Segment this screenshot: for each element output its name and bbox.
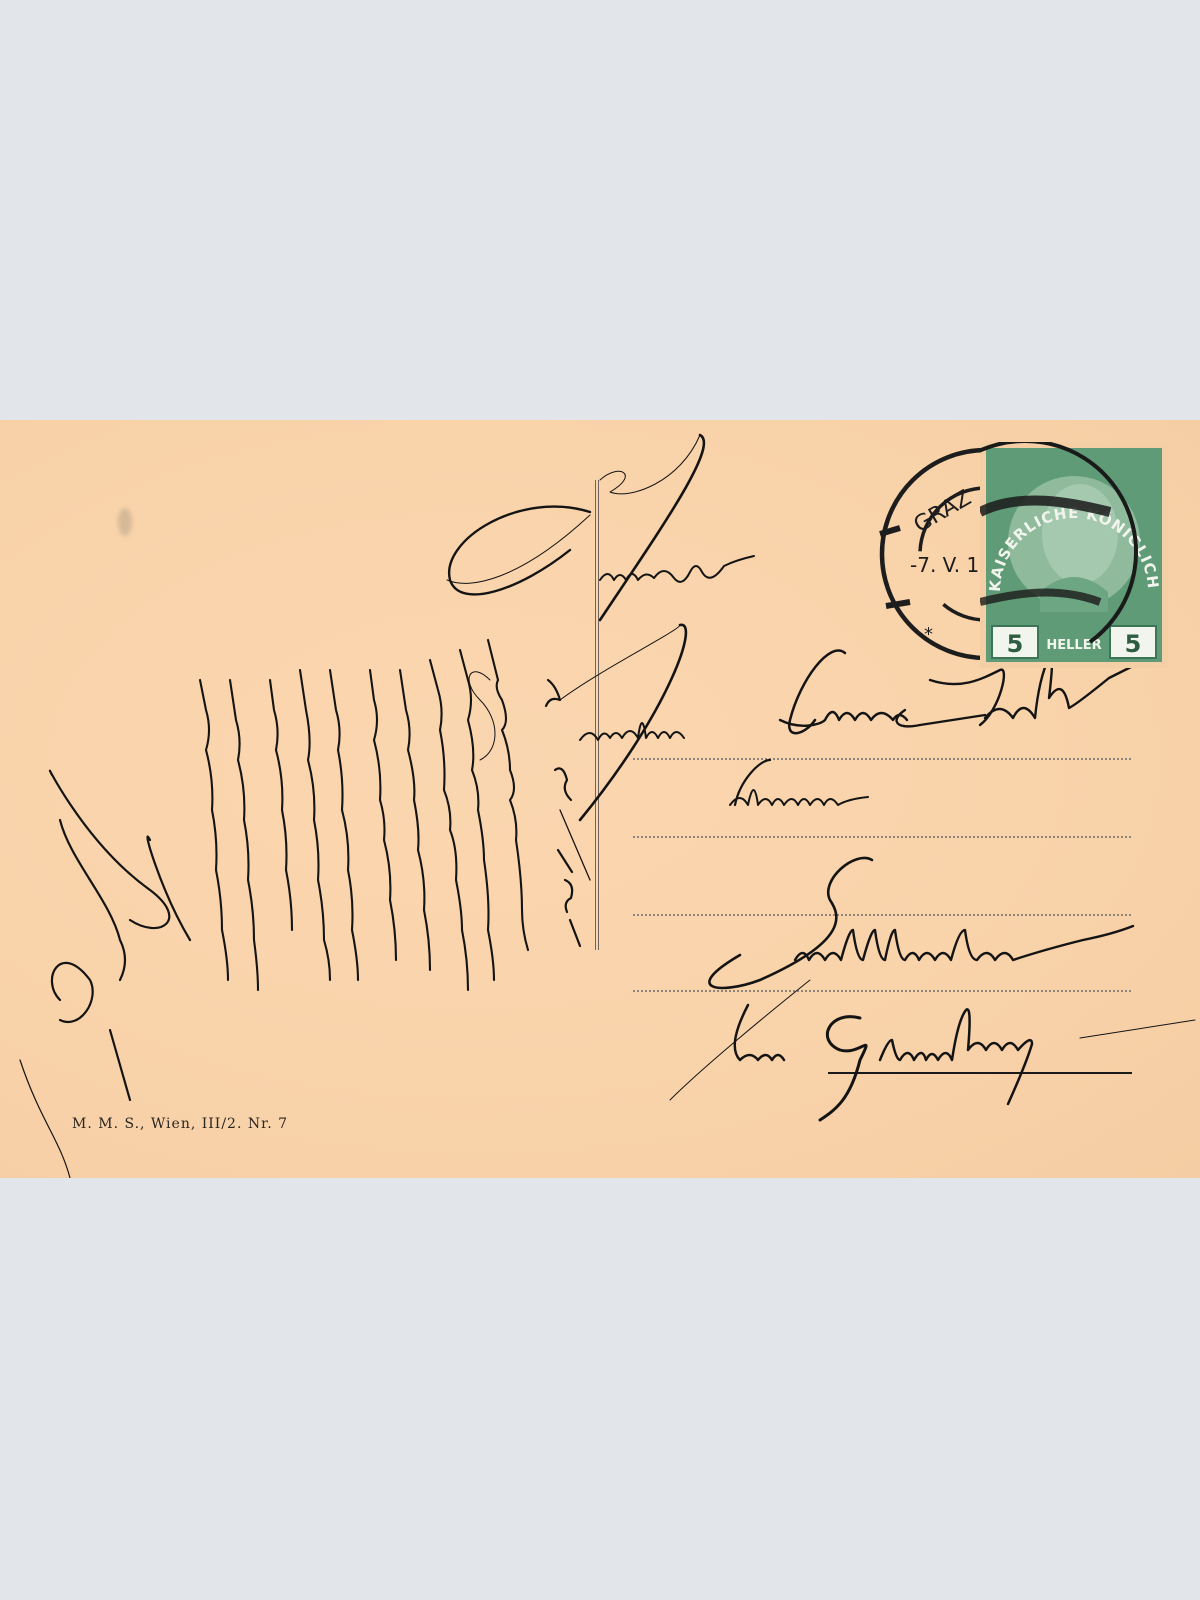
fraulein-ink — [560, 625, 686, 820]
postmark-town: GRAZ — [910, 486, 976, 538]
postage-stamp: KAISERLICHE KÖNIGLICHE OSTERREICHISCHE P… — [980, 442, 1168, 668]
postmark-star: * — [924, 624, 933, 645]
postcard: Sehr geehrten Fräulein Lina Zach Lehreri… — [0, 420, 1200, 1178]
sinabelkirchen-ink — [709, 858, 1133, 988]
date-ink — [546, 680, 590, 946]
bei-gleisdorf-ink — [670, 980, 1195, 1120]
lehrerin-ink — [730, 760, 868, 805]
stamp-value-right: 5 — [1125, 630, 1142, 658]
salutation-ink — [447, 435, 754, 620]
stamp-value-left: 5 — [1007, 630, 1024, 658]
message-ink — [200, 640, 528, 990]
publisher-imprint: M. M. S., Wien, III/2. Nr. 7 — [72, 1116, 288, 1132]
